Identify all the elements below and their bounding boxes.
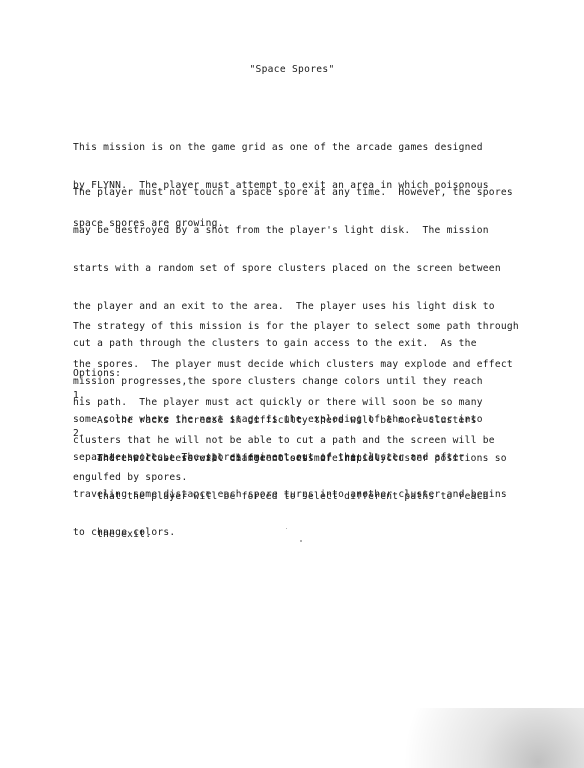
- document-title: "Space Spores": [0, 64, 584, 75]
- text-line: The strategy of this mission is for the …: [73, 321, 543, 334]
- option-number: 2.: [73, 428, 85, 441]
- text-line: may be destroyed by a shot from the play…: [73, 225, 543, 238]
- text-line: This mission is on the game grid as one …: [73, 142, 543, 155]
- document-page: "Space Spores" This mission is on the ga…: [0, 0, 584, 768]
- options-heading: Options:: [73, 368, 543, 381]
- text-line: There will be several different sets if …: [97, 453, 507, 466]
- option-text: There will be several different sets if …: [97, 428, 507, 567]
- scan-speck: [300, 540, 302, 542]
- text-line: the exit.: [97, 529, 507, 542]
- text-line: starts with a random set of spore cluste…: [73, 263, 543, 276]
- scan-speck: [286, 528, 287, 529]
- option-number: 1.: [73, 390, 85, 403]
- text-line: As the racks increase in difficulty ther…: [97, 415, 477, 428]
- option-item-2: 2. There will be several different sets …: [73, 428, 97, 478]
- text-line: that the player will be forced to select…: [97, 491, 507, 504]
- text-line: The player must not touch a space spore …: [73, 187, 543, 200]
- scan-noise: [354, 708, 584, 768]
